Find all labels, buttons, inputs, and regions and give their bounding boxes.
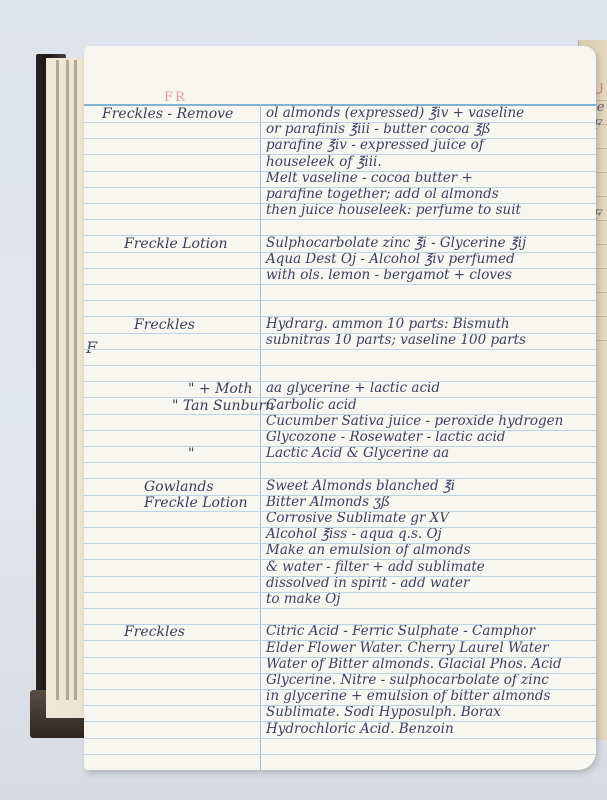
ruled-line (84, 333, 596, 334)
entry-label: " Tan Sunburn (172, 398, 274, 414)
entry-text-line: Hydrarg. ammon 10 parts: Bismuth (266, 317, 510, 332)
ruled-line (84, 284, 596, 285)
entry-text-line: Sweet Almonds blanched ℥i (266, 479, 455, 494)
ruled-line (84, 738, 596, 739)
ruled-line (84, 235, 596, 236)
entry-text-line: then juice houseleek: perfume to suit (266, 203, 521, 218)
entry-text-line: Citric Acid - Ferric Sulphate - Camphor (266, 624, 535, 639)
entry-text-line: Make an emulsion of almonds (266, 543, 471, 558)
entry-text-line: to make Oj (266, 592, 340, 607)
ruled-line (84, 446, 596, 447)
entry-label: Freckles (134, 317, 195, 333)
ruled-line (84, 171, 596, 172)
ruled-line (84, 203, 596, 204)
ruled-line (84, 624, 596, 625)
entry-text-line: or parafinis ℥iii - butter cocoa ℥ß (266, 122, 491, 137)
entry-label: Freckles (124, 624, 185, 640)
entry-text-line: with ols. lemon - bergamot + cloves (266, 268, 512, 283)
margin-mark: F (86, 338, 97, 357)
entry-text-line: Aqua Dest Oj - Alcohol ℥iv perfumed (266, 252, 515, 267)
ruled-line (84, 300, 596, 301)
leaf-edge (56, 60, 59, 700)
entry-text-line: & water - filter + add sublimate (266, 560, 485, 575)
ruled-line (84, 689, 596, 690)
entry-text-line: in glycerine + emulsion of bitter almond… (266, 689, 550, 704)
ruled-line (84, 430, 596, 431)
entry-label: Gowlands (144, 479, 214, 495)
ruled-line (84, 657, 596, 658)
entry-text-line: Alcohol ℥iss - aqua q.s. Oj (266, 527, 442, 542)
entry-text-line: subnitras 10 parts; vaseline 100 parts (266, 333, 526, 348)
entry-text-line: Sulphocarbolate zinc ℥i - Glycerine ℥ij (266, 236, 526, 251)
ruled-line (84, 397, 596, 398)
ruled-line (84, 414, 596, 415)
ruled-line (84, 721, 596, 722)
entry-text-line: houseleek of ℥iii. (266, 155, 382, 170)
ruled-line (84, 138, 596, 139)
notebook-page: FR F Freckles - Removeol almonds (expres… (84, 46, 596, 770)
entry-label: " + Moth (188, 381, 252, 397)
leaf-edge (66, 60, 69, 700)
ruled-line (84, 559, 596, 560)
ruled-line (84, 187, 596, 188)
entry-text-line: Sublimate. Sodi Hyposulph. Borax (266, 705, 501, 720)
ruled-line (84, 754, 596, 755)
entry-text-line: Melt vaseline - cocoa butter + (266, 171, 473, 186)
ruled-line (84, 154, 596, 155)
ruled-line (84, 349, 596, 350)
entry-label: Freckle Lotion (144, 495, 248, 511)
ruled-line (84, 608, 596, 609)
ruled-line (84, 543, 596, 544)
ruled-line (84, 511, 596, 512)
ruled-line (84, 527, 596, 528)
entry-text-line: aa glycerine + lactic acid (266, 381, 440, 396)
leaf-edge (74, 60, 77, 700)
ruled-line (84, 316, 596, 317)
ruled-line (84, 592, 596, 593)
entry-text-line: Glycerine. Nitre - sulphocarbolate of zi… (266, 673, 549, 688)
ruled-line (84, 381, 596, 382)
ruled-line (84, 219, 596, 220)
ruled-line (84, 495, 596, 496)
ruled-line (84, 252, 596, 253)
entry-text-line: Corrosive Sublimate gr XV (266, 511, 449, 526)
ruled-line (84, 705, 596, 706)
entry-label: Freckle Lotion (124, 236, 228, 252)
ruled-line (84, 640, 596, 641)
entry-text-line: dissolved in spirit - add water (266, 576, 469, 591)
page-stamp: FR (164, 90, 187, 105)
entry-text-line: ol almonds (expressed) ℥iv + vaseline (266, 106, 524, 121)
entry-text-line: Glycozone - Rosewater - lactic acid (266, 430, 505, 445)
entry-text-line: Elder Flower Water. Cherry Laurel Water (266, 641, 549, 656)
ruled-line (84, 462, 596, 463)
entry-label: " (188, 446, 194, 462)
ruled-line (84, 268, 596, 269)
entry-text-line: Bitter Almonds ʒß (266, 495, 390, 510)
entry-label: Freckles - Remove (102, 106, 233, 122)
entry-text-line: Water of Bitter almonds. Glacial Phos. A… (266, 657, 562, 672)
entry-text-line: Carbolic acid (266, 398, 357, 413)
ruled-line (84, 122, 596, 123)
ruled-line (84, 365, 596, 366)
entry-text-line: Lactic Acid & Glycerine aa (266, 446, 449, 461)
entry-text-line: Cucumber Sativa juice - peroxide hydroge… (266, 414, 563, 429)
entry-text-line: parafine ℥iv - expressed juice of (266, 138, 484, 153)
ruled-line (84, 478, 596, 479)
entry-text-line: Hydrochloric Acid. Benzoin (266, 722, 454, 737)
ruled-line (84, 576, 596, 577)
entry-text-line: parafine together; add ol almonds (266, 187, 499, 202)
ruled-line (84, 673, 596, 674)
